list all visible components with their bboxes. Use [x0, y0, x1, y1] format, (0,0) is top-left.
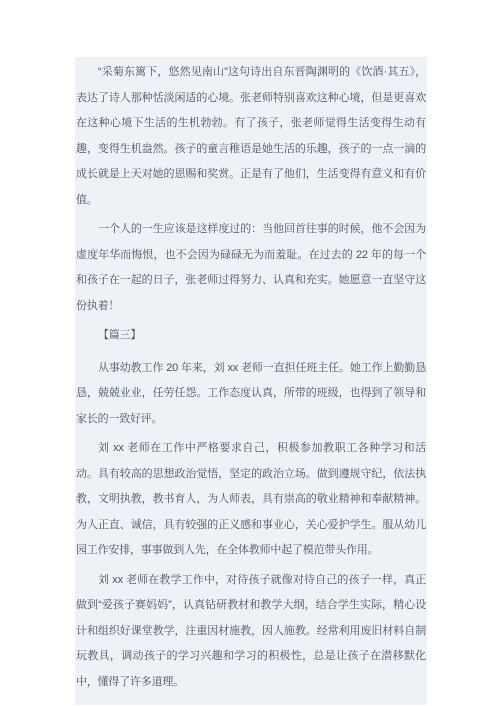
document-page: “采菊东篱下，悠然见南山”这句诗出自东晋陶渊明的《饮酒·其五》，表达了诗人那种恬…	[0, 0, 499, 706]
paragraph: 刘 xx 老师在教学工作中，对待孩子就像对待自己的孩子一样，真正做到“爱孩子赛妈…	[76, 568, 426, 696]
paragraph: “采菊东篱下，悠然见南山”这句诗出自东晋陶渊明的《饮酒·其五》，表达了诗人那种恬…	[76, 60, 426, 213]
content-area: “采菊东篱下，悠然见南山”这句诗出自东晋陶渊明的《饮酒·其五》，表达了诗人那种恬…	[75, 57, 427, 705]
paragraph: 从事幼教工作 20 年来，刘 xx 老师一直担任班主任。她工作上勤勤恳恳，兢兢业…	[76, 356, 426, 433]
paragraph: 刘 xx 老师在工作中严格要求自己，积极参加教职工各种学习和活动。具有较高的思想…	[76, 436, 426, 564]
paragraph: 一个人的一生应该是这样度过的：当他回首往事的时候，他不会因为虚度年华而悔恨，也不…	[76, 217, 426, 319]
section-heading: 【篇三】	[76, 323, 426, 349]
